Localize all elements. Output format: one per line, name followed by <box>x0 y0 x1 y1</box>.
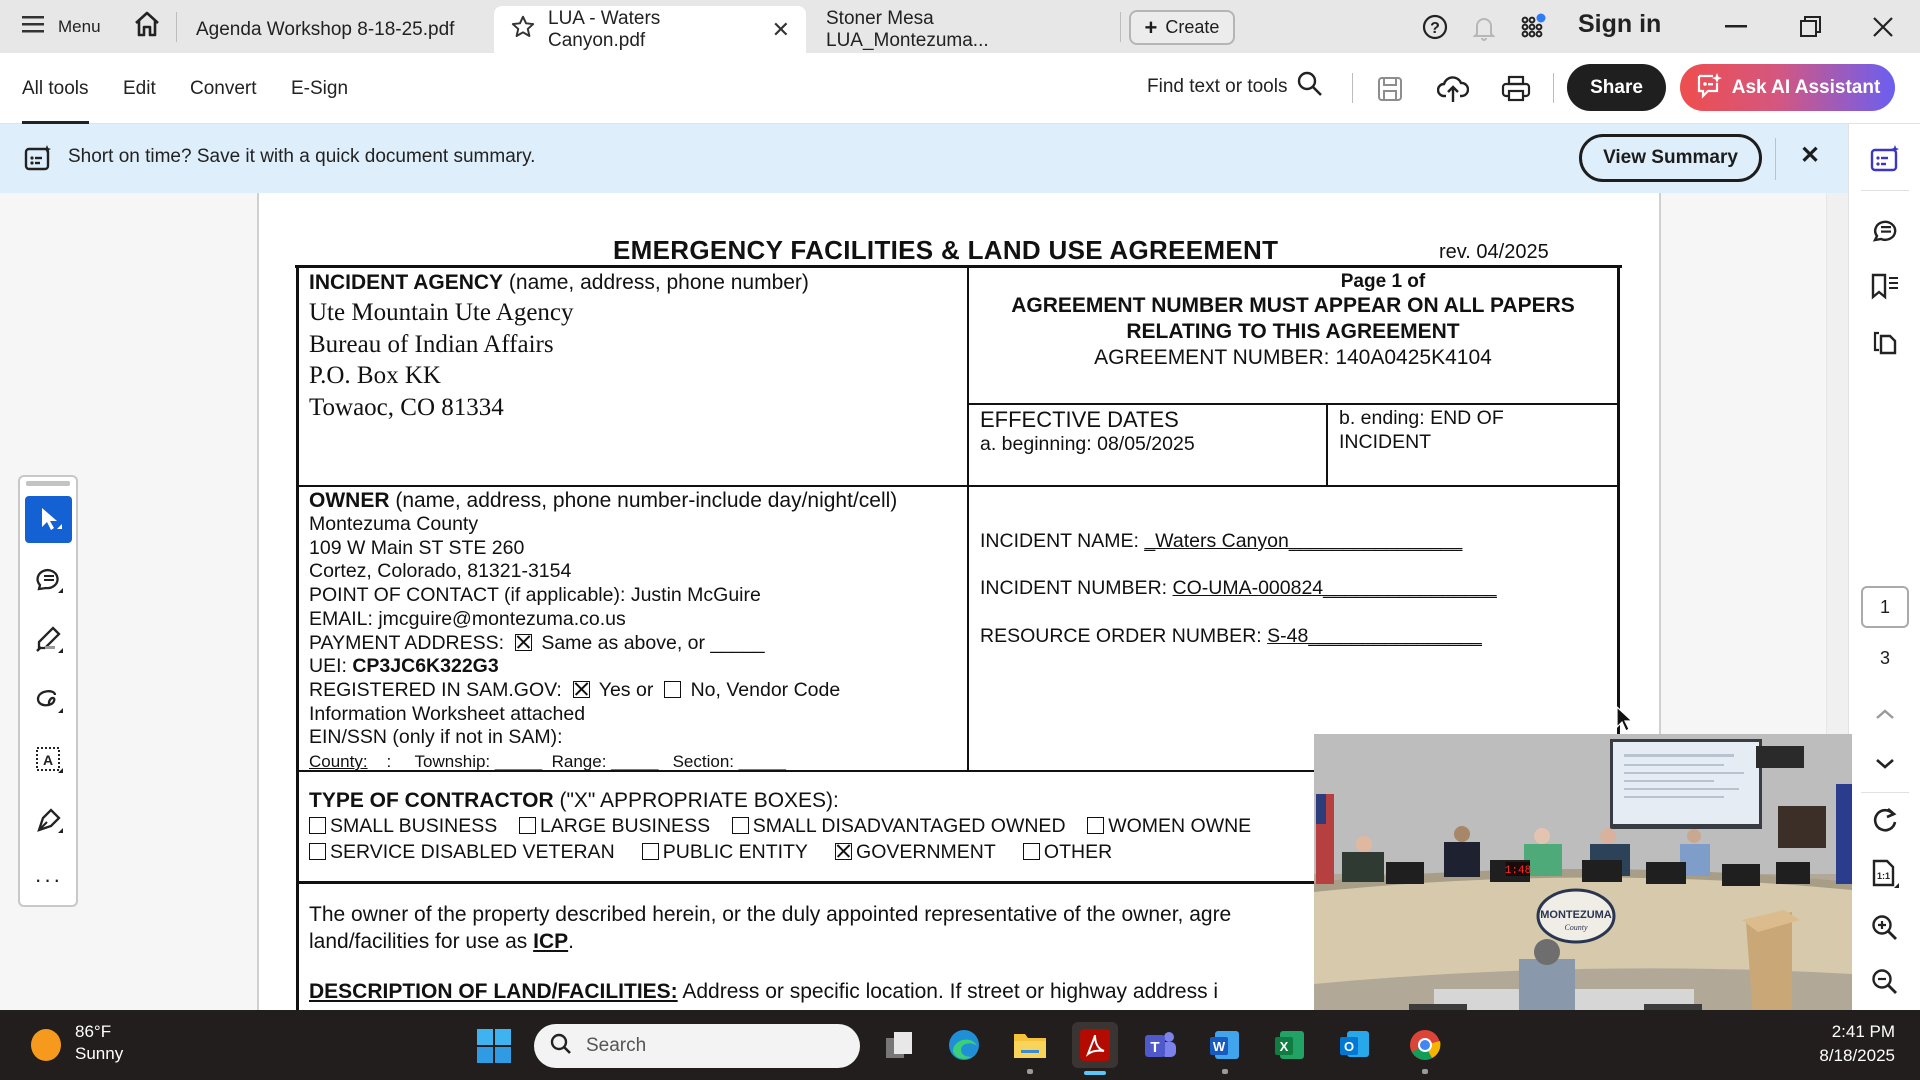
divider <box>1120 12 1121 42</box>
chrome-icon[interactable] <box>1402 1022 1448 1068</box>
help-icon[interactable]: ? <box>1422 14 1448 45</box>
total-pages: 3 <box>1849 648 1920 669</box>
svg-text:A: A <box>42 752 52 768</box>
agreement-notice: RELATING TO THIS AGREEMENT <box>969 319 1617 345</box>
comment-tool-button[interactable] <box>25 556 72 603</box>
divider <box>1775 138 1776 180</box>
tab-label: Convert <box>190 78 257 100</box>
resource-order-value: S-48________________ <box>1267 625 1482 647</box>
windows-start-icon[interactable] <box>477 1029 511 1068</box>
table-border <box>296 265 299 772</box>
ai-summary-icon[interactable] <box>1867 140 1903 176</box>
sign-tool-button[interactable] <box>25 796 72 843</box>
outlook-icon[interactable]: O <box>1332 1022 1378 1068</box>
pages-thumbnails-icon[interactable] <box>1867 324 1903 360</box>
contractor-option[interactable]: SERVICE DISABLED VETERAN <box>309 841 615 863</box>
ending-date: b. ending: END OF INCIDENT <box>1339 406 1504 454</box>
county-township-row: County: : Township: _____ Range: _____ S… <box>309 750 840 774</box>
create-button[interactable]: + Create <box>1129 10 1235 45</box>
tab-stoner-mesa[interactable]: Stoner Mesa LUA_Montezuma... <box>810 6 1110 53</box>
title-bar: Menu Agenda Workshop 8-18-25.pdf LUA - W… <box>0 0 1920 53</box>
description-row: DESCRIPTION OF LAND/FACILITIES: Address … <box>309 980 1218 1004</box>
close-tab-icon[interactable]: ✕ <box>772 17 790 43</box>
tab-edit[interactable]: Edit <box>123 53 156 124</box>
svg-text:T: T <box>1150 1039 1159 1056</box>
weather-widget[interactable]: 86°F Sunny <box>75 1021 123 1065</box>
upload-cloud-icon[interactable] <box>1437 73 1469 105</box>
payment-same-checkbox[interactable] <box>515 634 532 651</box>
incident-number-value: CO-UMA-000824________________ <box>1173 577 1497 599</box>
weather-desc: Sunny <box>75 1043 123 1065</box>
svg-text:County: County <box>1564 923 1588 932</box>
word-icon[interactable]: W <box>1202 1022 1248 1068</box>
active-app-indicator <box>1084 1071 1106 1075</box>
svg-text:X: X <box>1280 1039 1289 1054</box>
svg-text:?: ? <box>1430 20 1440 37</box>
tab-label: LUA - Waters Canyon.pdf <box>548 8 738 52</box>
agency-line: Bureau of Indian Affairs <box>309 329 574 361</box>
description-heading: DESCRIPTION OF LAND/FACILITIES: <box>309 980 678 1003</box>
agreement-number: AGREEMENT NUMBER: 140A0425K4104 <box>969 345 1617 371</box>
tab-label: All tools <box>22 78 89 100</box>
owner-line: POINT OF CONTACT (if applicable): Justin… <box>309 584 840 608</box>
cursor-arrow-icon <box>35 505 63 535</box>
contractor-option-government[interactable]: GOVERNMENT <box>835 841 996 863</box>
beginning-date: a. beginning: 08/05/2025 <box>980 433 1195 456</box>
banner-text: Short on time? Save it with a quick docu… <box>68 146 535 168</box>
restore-button[interactable] <box>1791 10 1831 44</box>
section-divider <box>296 881 1396 884</box>
page-of-label: Page 1 of <box>969 271 1617 293</box>
incident-name-row: INCIDENT NAME: _Waters Canyon___________… <box>980 530 1462 553</box>
highlight-tool-button[interactable] <box>25 616 72 663</box>
taskbar-search-box[interactable]: Search <box>534 1024 860 1068</box>
svg-text:O: O <box>1344 1039 1354 1054</box>
bell-icon[interactable] <box>1472 14 1496 47</box>
ask-ai-assistant-button[interactable]: Ask AI Assistant <box>1680 64 1895 111</box>
contractor-option[interactable]: SMALL DISADVANTAGED OWNED <box>732 815 1066 837</box>
highlighter-icon <box>34 625 64 655</box>
view-summary-button[interactable]: View Summary <box>1579 134 1762 182</box>
comment-icon <box>34 565 64 595</box>
teams-icon[interactable]: T <box>1137 1022 1183 1068</box>
right-rail: 1 3 1:1 <box>1848 124 1920 1010</box>
text-recognition-tool-button[interactable]: A <box>25 736 72 783</box>
tab-label: Edit <box>123 78 156 100</box>
edge-icon[interactable] <box>941 1022 987 1068</box>
payment-address-row: PAYMENT ADDRESS: Same as above, or _____ <box>309 632 840 656</box>
owner-line: Montezuma County <box>309 513 840 537</box>
more-tools-button[interactable]: ··· <box>25 856 72 903</box>
ein-line: EIN/SSN (only if not in SAM): <box>309 726 840 750</box>
search-placeholder: Search <box>586 1035 646 1057</box>
windows-taskbar: 86°F Sunny Search T W X O 2:41 PM 8/18/2… <box>0 1010 1920 1080</box>
table-border <box>1617 265 1620 735</box>
menu-button[interactable]: Menu <box>22 0 101 53</box>
contractor-row-1: SMALL BUSINESS LARGE BUSINESS SMALL DISA… <box>309 815 1251 838</box>
incident-agency-address: Ute Mountain Ute Agency Bureau of Indian… <box>309 297 574 423</box>
table-border <box>967 403 1619 405</box>
running-indicator <box>1027 1069 1033 1074</box>
running-indicator <box>1422 1069 1428 1074</box>
comments-icon[interactable] <box>1867 211 1903 247</box>
owner-heading: OWNER (name, address, phone number-inclu… <box>309 489 897 513</box>
print-icon[interactable] <box>1500 73 1532 105</box>
use-type: ICP <box>533 930 568 953</box>
worksheet-line: Information Worksheet attached <box>309 703 840 727</box>
minimize-button[interactable] <box>1716 10 1756 44</box>
previous-page-icon[interactable] <box>1867 696 1903 732</box>
tab-all-tools[interactable]: All tools <box>22 53 89 124</box>
sam-yes-checkbox[interactable] <box>573 681 590 698</box>
divider <box>1861 190 1909 191</box>
home-button[interactable] <box>133 0 161 53</box>
close-window-button[interactable] <box>1863 10 1903 44</box>
zoom-in-icon[interactable] <box>1867 910 1903 946</box>
tab-label: Agenda Workshop 8-18-25.pdf <box>196 19 454 41</box>
table-border <box>296 485 1619 487</box>
incident-number-row: INCIDENT NUMBER: CO-UMA-000824__________… <box>980 577 1497 600</box>
find-text-or-tools[interactable]: Find text or tools <box>1147 71 1323 103</box>
tab-e-sign[interactable]: E-Sign <box>291 53 348 124</box>
owner-details: Montezuma County 109 W Main ST STE 260 C… <box>309 513 840 774</box>
owner-agreement-paragraph: The owner of the property described here… <box>309 901 1231 955</box>
meeting-video-overlay[interactable]: 1:48 MONTEZUMA County <box>1314 734 1852 1036</box>
home-icon <box>133 11 161 43</box>
hamburger-icon <box>22 15 44 39</box>
tab-lua-waters-canyon[interactable]: LUA - Waters Canyon.pdf ✕ <box>494 6 806 53</box>
table-border <box>296 770 299 1010</box>
agency-line: Towaoc, CO 81334 <box>309 392 574 424</box>
rotate-icon[interactable] <box>1867 802 1903 838</box>
notification-dot <box>1537 14 1546 23</box>
owner-section: OWNER (name, address, phone number-inclu… <box>309 489 897 513</box>
save-icon[interactable] <box>1374 73 1406 105</box>
close-banner-icon[interactable]: ✕ <box>1800 141 1820 170</box>
weather-sun-icon[interactable] <box>30 1028 62 1067</box>
search-icon <box>1297 71 1323 103</box>
share-button[interactable]: Share <box>1567 64 1666 111</box>
acrobat-icon[interactable] <box>1072 1022 1118 1068</box>
divider <box>176 12 177 42</box>
weather-temp: 86°F <box>75 1021 123 1043</box>
create-label: Create <box>1165 17 1219 38</box>
more-dots-icon: ··· <box>35 867 63 893</box>
timer-display: 1:48 <box>1505 865 1531 877</box>
search-icon <box>550 1033 572 1060</box>
tab-label: E-Sign <box>291 78 348 100</box>
contractor-row-2: SERVICE DISABLED VETERAN PUBLIC ENTITY G… <box>309 841 1112 864</box>
effective-dates-heading: EFFECTIVE DATES <box>980 407 1179 433</box>
clock-time: 2:41 PM <box>1795 1020 1895 1044</box>
next-page-icon[interactable] <box>1867 746 1903 782</box>
draw-tool-button[interactable] <box>25 676 72 723</box>
menu-label: Menu <box>58 17 101 37</box>
main-toolbar: All tools Edit Convert E-Sign Find text … <box>0 53 1920 124</box>
tab-convert[interactable]: Convert <box>190 53 257 124</box>
running-indicator <box>1222 1069 1228 1074</box>
select-tool-button[interactable] <box>25 496 72 543</box>
freehand-lasso-icon <box>34 685 64 715</box>
owner-line: 109 W Main ST STE 260 <box>309 537 840 561</box>
svg-text:1:1: 1:1 <box>1877 871 1890 881</box>
contractor-option[interactable]: PUBLIC ENTITY <box>642 841 808 863</box>
file-explorer-icon[interactable] <box>1007 1022 1053 1068</box>
pen-nib-icon <box>34 805 64 835</box>
excel-icon[interactable]: X <box>1267 1022 1313 1068</box>
divider <box>1352 73 1353 103</box>
star-icon[interactable] <box>510 14 536 46</box>
bookmarks-icon[interactable] <box>1867 268 1903 304</box>
divider <box>1553 73 1554 103</box>
agency-line: P.O. Box KK <box>309 360 574 392</box>
svg-text:W: W <box>1213 1039 1226 1054</box>
document-title: EMERGENCY FACILITIES & LAND USE AGREEMEN… <box>613 235 1278 266</box>
find-label: Find text or tools <box>1147 76 1287 98</box>
uei-row: UEI: CP3JC6K322G3 <box>309 655 840 679</box>
tab-label: Stoner Mesa LUA_Montezuma... <box>826 8 1094 52</box>
current-page-input[interactable]: 1 <box>1861 586 1909 628</box>
contractor-heading: TYPE OF CONTRACTOR ("X" APPROPRIATE BOXE… <box>309 789 839 813</box>
incident-name-value: _Waters Canyon________________ <box>1144 530 1462 552</box>
owner-email: EMAIL: jmcguire@montezuma.co.us <box>309 608 840 632</box>
task-view-icon[interactable] <box>876 1022 922 1068</box>
system-clock[interactable]: 2:41 PM 8/18/2025 <box>1795 1020 1895 1068</box>
ai-label: Ask AI Assistant <box>1732 77 1881 99</box>
text-box-icon: A <box>34 745 64 775</box>
meeting-room-scene: 1:48 MONTEZUMA County <box>1314 734 1852 1036</box>
agency-line: Ute Mountain Ute Agency <box>309 297 574 329</box>
quick-tools-rail: A ··· <box>18 475 78 907</box>
actual-size-icon[interactable]: 1:1 <box>1867 856 1903 892</box>
tab-agenda-workshop[interactable]: Agenda Workshop 8-18-25.pdf <box>180 6 490 53</box>
summary-icon <box>24 144 52 177</box>
divider <box>1861 792 1909 793</box>
zoom-out-icon[interactable] <box>1867 964 1903 1000</box>
owner-line: Cortez, Colorado, 81321-3154 <box>309 560 840 584</box>
clock-date: 8/18/2025 <box>1795 1044 1895 1068</box>
sam-registration-row: REGISTERED IN SAM.GOV: Yes or No, Vendor… <box>309 679 840 703</box>
ai-sparkle-chat-icon <box>1695 71 1723 105</box>
drag-handle[interactable] <box>26 481 70 486</box>
incident-agency-heading: INCIDENT AGENCY (name, address, phone nu… <box>309 271 809 295</box>
sam-no-checkbox[interactable] <box>664 681 681 698</box>
montezuma-sign: MONTEZUMA <box>1540 909 1612 921</box>
contractor-option[interactable]: WOMEN OWNE <box>1087 815 1251 837</box>
sign-in-button[interactable]: Sign in <box>1578 10 1661 39</box>
table-border <box>295 265 1622 268</box>
resource-order-row: RESOURCE ORDER NUMBER: S-48_____________… <box>980 625 1482 648</box>
apps-grid-icon[interactable] <box>1520 12 1550 47</box>
contractor-option[interactable]: LARGE BUSINESS <box>519 815 710 837</box>
table-border <box>1326 403 1328 487</box>
agreement-notice: AGREEMENT NUMBER MUST APPEAR ON ALL PAPE… <box>969 293 1617 319</box>
revision-date: rev. 04/2025 <box>1439 241 1549 264</box>
contractor-option[interactable]: OTHER <box>1023 841 1112 863</box>
plus-icon: + <box>1145 15 1158 41</box>
agreement-number-box: Page 1 of AGREEMENT NUMBER MUST APPEAR O… <box>969 271 1617 371</box>
summary-banner: Short on time? Save it with a quick docu… <box>0 124 1848 193</box>
contractor-option[interactable]: SMALL BUSINESS <box>309 815 497 837</box>
